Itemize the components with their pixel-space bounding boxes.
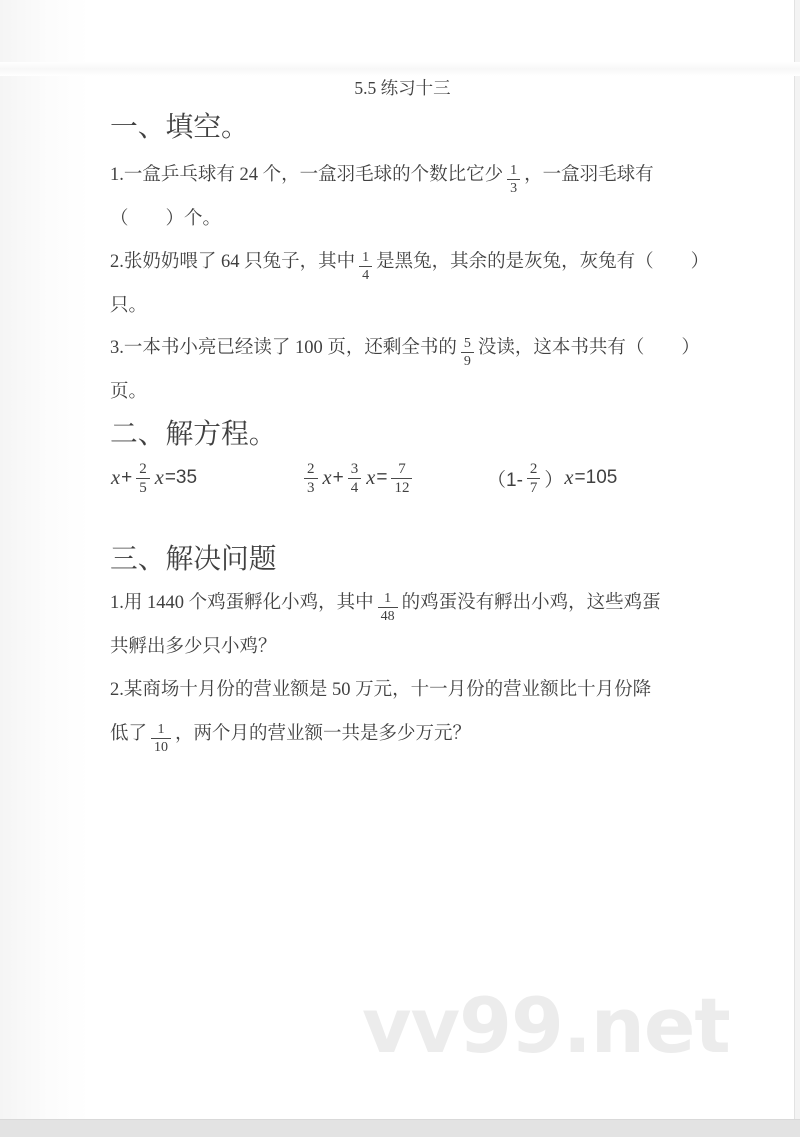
fill-blank-problem-1: 1.一盒乒乓球有 24 个，一盒羽毛球的个数比它少13，一盒羽毛球有（ ）个。 (110, 153, 654, 241)
scan-bottom-band (0, 1119, 800, 1137)
fraction-denominator: 4 (348, 479, 362, 497)
math-variable: x (322, 467, 333, 490)
fraction: 34 (348, 460, 362, 497)
equations-row: x+25x=35 23x+34x=712 （1-27） x=105 (110, 454, 695, 502)
fraction-numerator: 2 (136, 460, 150, 479)
fraction-denominator: 5 (136, 479, 150, 497)
fraction-denominator: 10 (151, 739, 171, 756)
page-left-edge-shadow (0, 0, 90, 1119)
fraction-denominator: 3 (304, 479, 318, 497)
section-2-heading: 二、解方程。 (110, 413, 277, 457)
equation-3: （1-27） x=105 (487, 454, 617, 502)
fill-blank-problem-2: 2.张奶奶喂了 64 只兔子，其中14是黑兔，其余的是灰兔，灰兔有（ ）只。 (110, 240, 709, 328)
fraction: 110 (151, 721, 171, 756)
fraction-numerator: 2 (527, 460, 541, 479)
page-right-edge-shadow (794, 0, 800, 1119)
word-problem-1: 1.用 1440 个鸡蛋孵化小鸡，其中148的鸡蛋没有孵出小鸡，这些鸡蛋共孵出多… (110, 581, 661, 669)
page-title: 5.5 练习十三 (110, 70, 695, 106)
math-variable: x (563, 467, 574, 490)
math-variable: x (110, 467, 121, 490)
fill-blank-problem-3: 3.一本书小亮已经读了 100 页，还剩全书的59没读，这本书共有（ ）页。 (110, 326, 700, 414)
equation-1: x+25x=35 (110, 454, 197, 502)
fraction-denominator: 4 (359, 267, 372, 284)
math-variable: x (154, 467, 165, 490)
section-1-heading: 一、填空。 (110, 106, 249, 150)
section-3-heading: 三、解决问题 (110, 538, 277, 582)
fraction: 14 (359, 249, 372, 284)
fraction-numerator: 2 (304, 460, 318, 479)
fraction: 712 (391, 460, 412, 497)
fraction-denominator: 3 (507, 180, 520, 197)
fraction-denominator: 12 (391, 479, 412, 497)
fraction: 59 (461, 335, 474, 370)
word-problem-2: 2.某商场十月份的营业额是 50 万元，十一月份的营业额比十月份降低了110，两… (110, 668, 651, 756)
fraction: 23 (304, 460, 318, 497)
fraction-numerator: 7 (391, 460, 412, 479)
fraction: 27 (527, 460, 541, 497)
fraction-numerator: 1 (151, 721, 171, 739)
fraction: 25 (136, 460, 150, 497)
equation-2: 23x+34x=712 (300, 454, 416, 502)
fraction: 148 (378, 590, 398, 625)
fraction-numerator: 1 (507, 162, 520, 180)
fraction-numerator: 1 (378, 590, 398, 608)
fraction-numerator: 1 (359, 249, 372, 267)
watermark: vv99.net (362, 988, 730, 1064)
fraction-numerator: 5 (461, 335, 474, 353)
fraction-denominator: 9 (461, 353, 474, 370)
fraction-denominator: 7 (527, 479, 541, 497)
math-variable: x (365, 467, 376, 490)
fraction-numerator: 3 (348, 460, 362, 479)
fraction-denominator: 48 (378, 608, 398, 625)
fraction: 13 (507, 162, 520, 197)
